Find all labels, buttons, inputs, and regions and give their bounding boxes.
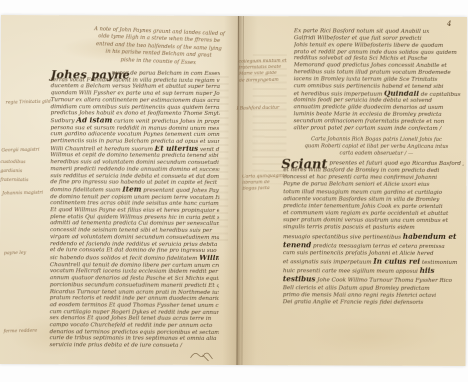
docket-heading: A note of John Paynes graunt and landes … <box>92 26 225 68</box>
margin-note: payne ley <box>4 251 26 258</box>
margin-note: Johannis magistri <box>2 191 43 198</box>
paraph-flourish-icon <box>188 349 214 363</box>
margin-note: regia Trinitatis gild <box>6 100 51 107</box>
margin-note: I Bashford ducitur <box>237 106 280 113</box>
margin-note: Carta quinquagintalibrarum deBogas facta <box>242 174 288 194</box>
left-page-body-text: nuper de parua Belcham in com Essex habu… <box>50 70 220 348</box>
margin-note: fraternitatis <box>0 178 28 184</box>
margin-note: collegium militum etfraternitatis beateM… <box>238 59 287 85</box>
manuscript-spread: A note of John Paynes graunt and landes … <box>0 15 467 366</box>
margin-note: ferme reddere <box>4 329 38 336</box>
margin-note: custodibus <box>0 160 25 166</box>
right-page-charter-text: presentes et futuri quod ego Ricardus Ba… <box>283 160 464 307</box>
paper-stain <box>300 316 440 357</box>
margin-note: Georgii magistri <box>1 148 39 155</box>
folio-number: 4 <box>447 20 452 28</box>
centered-carta-note: Carta Johannis Rich Bogas patris Lionell… <box>300 136 452 158</box>
right-page-upper-text: Ex parte Rici Basford notum sit quod Ana… <box>293 28 462 133</box>
margin-note: gardianis <box>0 169 22 175</box>
